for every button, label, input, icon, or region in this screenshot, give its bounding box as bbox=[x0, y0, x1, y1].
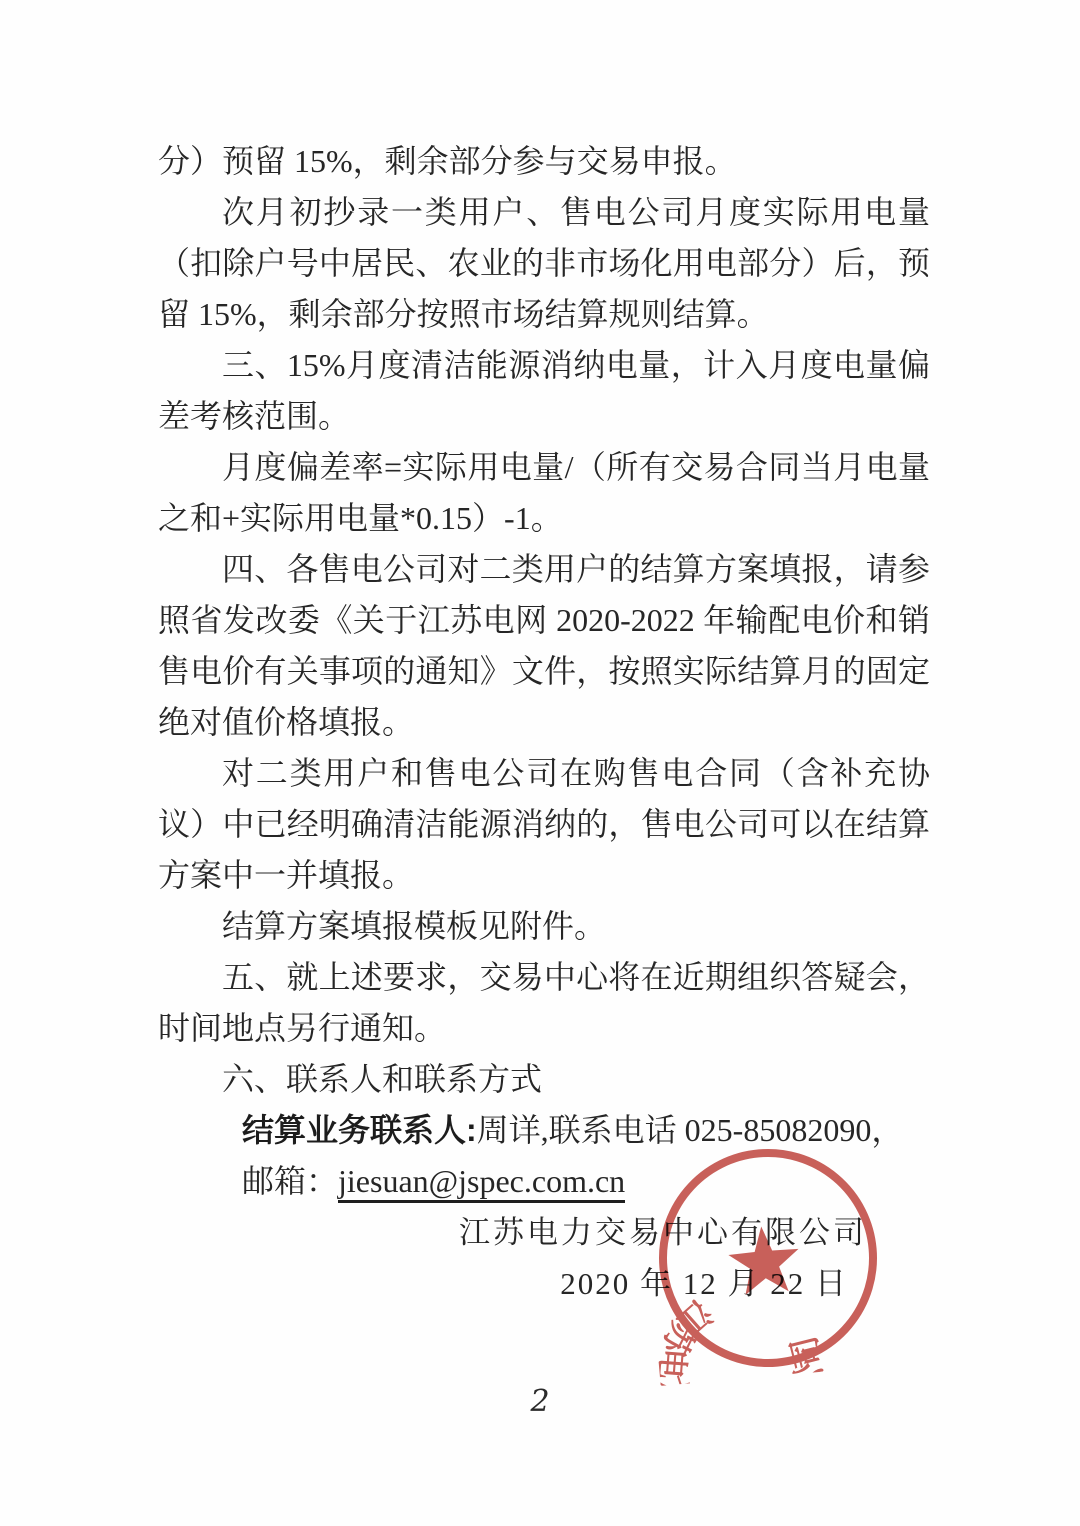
page-number: 2 bbox=[520, 1384, 560, 1419]
body-paragraph: 六、联系人和联系方式 bbox=[158, 1054, 930, 1105]
body-paragraph: 分）预留 15%，剩余部分参与交易申报。 bbox=[158, 136, 930, 187]
body-paragraph: 三、15%月度清洁能源消纳电量，计入月度电量偏差考核范围。 bbox=[158, 340, 930, 442]
document-page: 分）预留 15%，剩余部分参与交易申报。 次月初抄录一类用户、售电公司月度实际用… bbox=[0, 0, 1080, 1526]
body-paragraph: 次月初抄录一类用户、售电公司月度实际用电量（扣除户号中居民、农业的非市场化用电部… bbox=[158, 187, 930, 340]
body-paragraph: 对二类用户和售电公司在购售电合同（含补充协议）中已经明确清洁能源消纳的，售电公司… bbox=[158, 748, 930, 901]
body-paragraph: 四、各售电公司对二类用户的结算方案填报，请参照省发改委《关于江苏电网 2020-… bbox=[158, 544, 930, 748]
document-body: 分）预留 15%，剩余部分参与交易申报。 次月初抄录一类用户、售电公司月度实际用… bbox=[158, 136, 930, 1309]
official-seal-stamp: 江苏电力交易中心有限公司 bbox=[640, 1130, 896, 1386]
email-link[interactable]: jiesuan@jspec.com.cn bbox=[338, 1163, 625, 1203]
body-paragraph: 结算方案填报模板见附件。 bbox=[158, 901, 930, 952]
contact-person-label: 结算业务联系人: bbox=[242, 1112, 477, 1148]
body-paragraph: 五、就上述要求，交易中心将在近期组织答疑会，时间地点另行通知。 bbox=[158, 952, 930, 1054]
seal-star-icon bbox=[726, 1223, 802, 1296]
body-paragraph: 月度偏差率=实际用电量/（所有交易合同当月电量之和+实际用电量*0.15）-1。 bbox=[158, 442, 930, 544]
email-label: 邮箱： bbox=[242, 1163, 338, 1199]
